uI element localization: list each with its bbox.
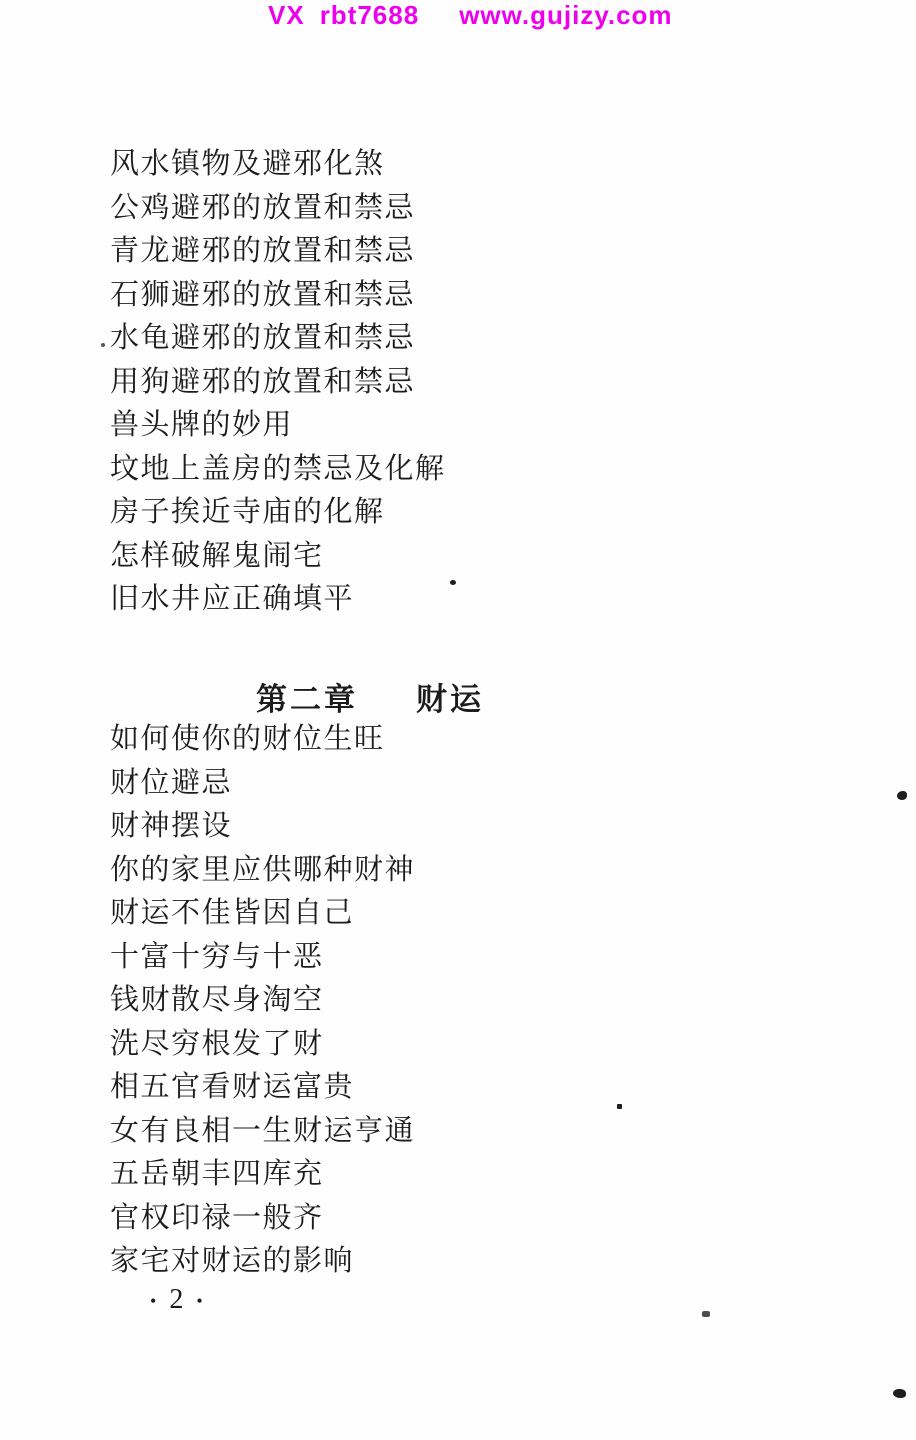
toc-item: 财神摆设 bbox=[110, 805, 415, 849]
ink-speck bbox=[897, 791, 907, 800]
page-number-value: 2 bbox=[169, 1284, 183, 1316]
toc-item: 相五官看财运富贵 bbox=[110, 1066, 415, 1110]
ink-speck bbox=[617, 1104, 622, 1109]
toc-section-2: 如何使你的财位生旺 财位避忌 财神摆设 你的家里应供哪种财神 财运不佳皆因自己 … bbox=[110, 718, 415, 1284]
toc-item: 用狗避邪的放置和禁忌 bbox=[110, 361, 446, 405]
toc-item: 公鸡避邪的放置和禁忌 bbox=[110, 187, 446, 231]
toc-item: 家宅对财运的影响 bbox=[110, 1240, 415, 1284]
toc-item: 财位避忌 bbox=[110, 762, 415, 806]
toc-section-1: 风水镇物及避邪化煞 公鸡避邪的放置和禁忌 青龙避邪的放置和禁忌 石狮避邪的放置和… bbox=[110, 143, 446, 622]
ink-speck bbox=[101, 343, 105, 347]
toc-item: 十富十穷与十恶 bbox=[110, 936, 415, 980]
toc-item: 旧水井应正确填平 bbox=[110, 578, 446, 622]
toc-item: 如何使你的财位生旺 bbox=[110, 718, 415, 762]
toc-item: 坟地上盖房的禁忌及化解 bbox=[110, 448, 446, 492]
toc-item: 五岳朝丰四库充 bbox=[110, 1153, 415, 1197]
toc-item: 风水镇物及避邪化煞 bbox=[110, 143, 446, 187]
toc-item: 青龙避邪的放置和禁忌 bbox=[110, 230, 446, 274]
chapter-number: 第二章 bbox=[256, 674, 358, 719]
toc-item: 石狮避邪的放置和禁忌 bbox=[110, 274, 446, 318]
toc-item: 钱财散尽身淘空 bbox=[110, 979, 415, 1023]
toc-item: 女有良相一生财运亨通 bbox=[110, 1110, 415, 1154]
page-number-right-dot: • bbox=[196, 1292, 202, 1310]
watermark: VX rbt7688 www.gujizy.com bbox=[268, 0, 673, 31]
watermark-url: www.gujizy.com bbox=[459, 0, 672, 31]
ink-speck bbox=[893, 1389, 906, 1398]
toc-item: 水龟避邪的放置和禁忌 bbox=[110, 317, 446, 361]
watermark-id: rbt7688 bbox=[320, 0, 420, 31]
toc-item: 财运不佳皆因自己 bbox=[110, 892, 415, 936]
toc-item: 怎样破解鬼闹宅 bbox=[110, 535, 446, 579]
page-number: • 2 • bbox=[150, 1284, 203, 1316]
scanned-book-page: VX rbt7688 www.gujizy.com 风水镇物及避邪化煞 公鸡避邪… bbox=[0, 0, 916, 1440]
toc-item: 房子挨近寺庙的化解 bbox=[110, 491, 446, 535]
toc-item: 洗尽穷根发了财 bbox=[110, 1023, 415, 1067]
page-number-left-dot: • bbox=[150, 1292, 156, 1310]
ink-speck bbox=[702, 1311, 710, 1317]
ink-speck bbox=[450, 580, 456, 585]
chapter-heading: 第二章 财运 bbox=[256, 674, 484, 719]
toc-item: 官权印禄一般齐 bbox=[110, 1197, 415, 1241]
chapter-title: 财运 bbox=[416, 674, 484, 719]
toc-item: 兽头牌的妙用 bbox=[110, 404, 446, 448]
watermark-prefix: VX bbox=[268, 0, 305, 31]
toc-item: 你的家里应供哪种财神 bbox=[110, 849, 415, 893]
